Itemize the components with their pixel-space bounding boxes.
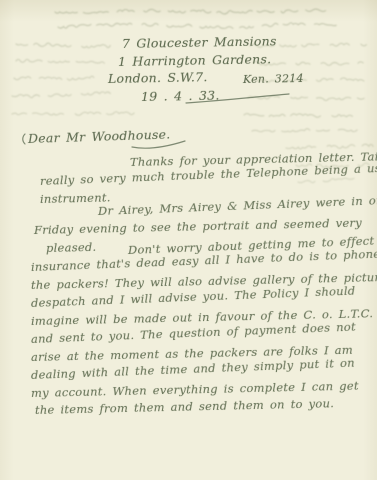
salutation: Dear Mr Woodhouse. (28, 129, 171, 146)
handwriting-layer: 7 Gloucester Mansions 1 Harrington Garde… (0, 0, 377, 480)
letter-page: 7 Gloucester Mansions 1 Harrington Garde… (0, 0, 377, 480)
letter-line: pleased. (46, 242, 97, 255)
letter-date: 19 . 4 . 33. (141, 90, 220, 104)
letter-line: the items from them and send them on to … (35, 398, 334, 416)
letter-line: Friday evening to see the portrait and s… (34, 218, 362, 237)
address-line-2: 1 Harrington Gardens. (118, 53, 272, 68)
address-city: London. S.W.7. (108, 71, 208, 85)
address-line-1: 7 Gloucester Mansions (122, 35, 277, 50)
address-phone: Ken. 3214 (243, 73, 304, 85)
letter-line: Dr Airey, Mrs Airey & Miss Airey were in… (98, 195, 377, 217)
